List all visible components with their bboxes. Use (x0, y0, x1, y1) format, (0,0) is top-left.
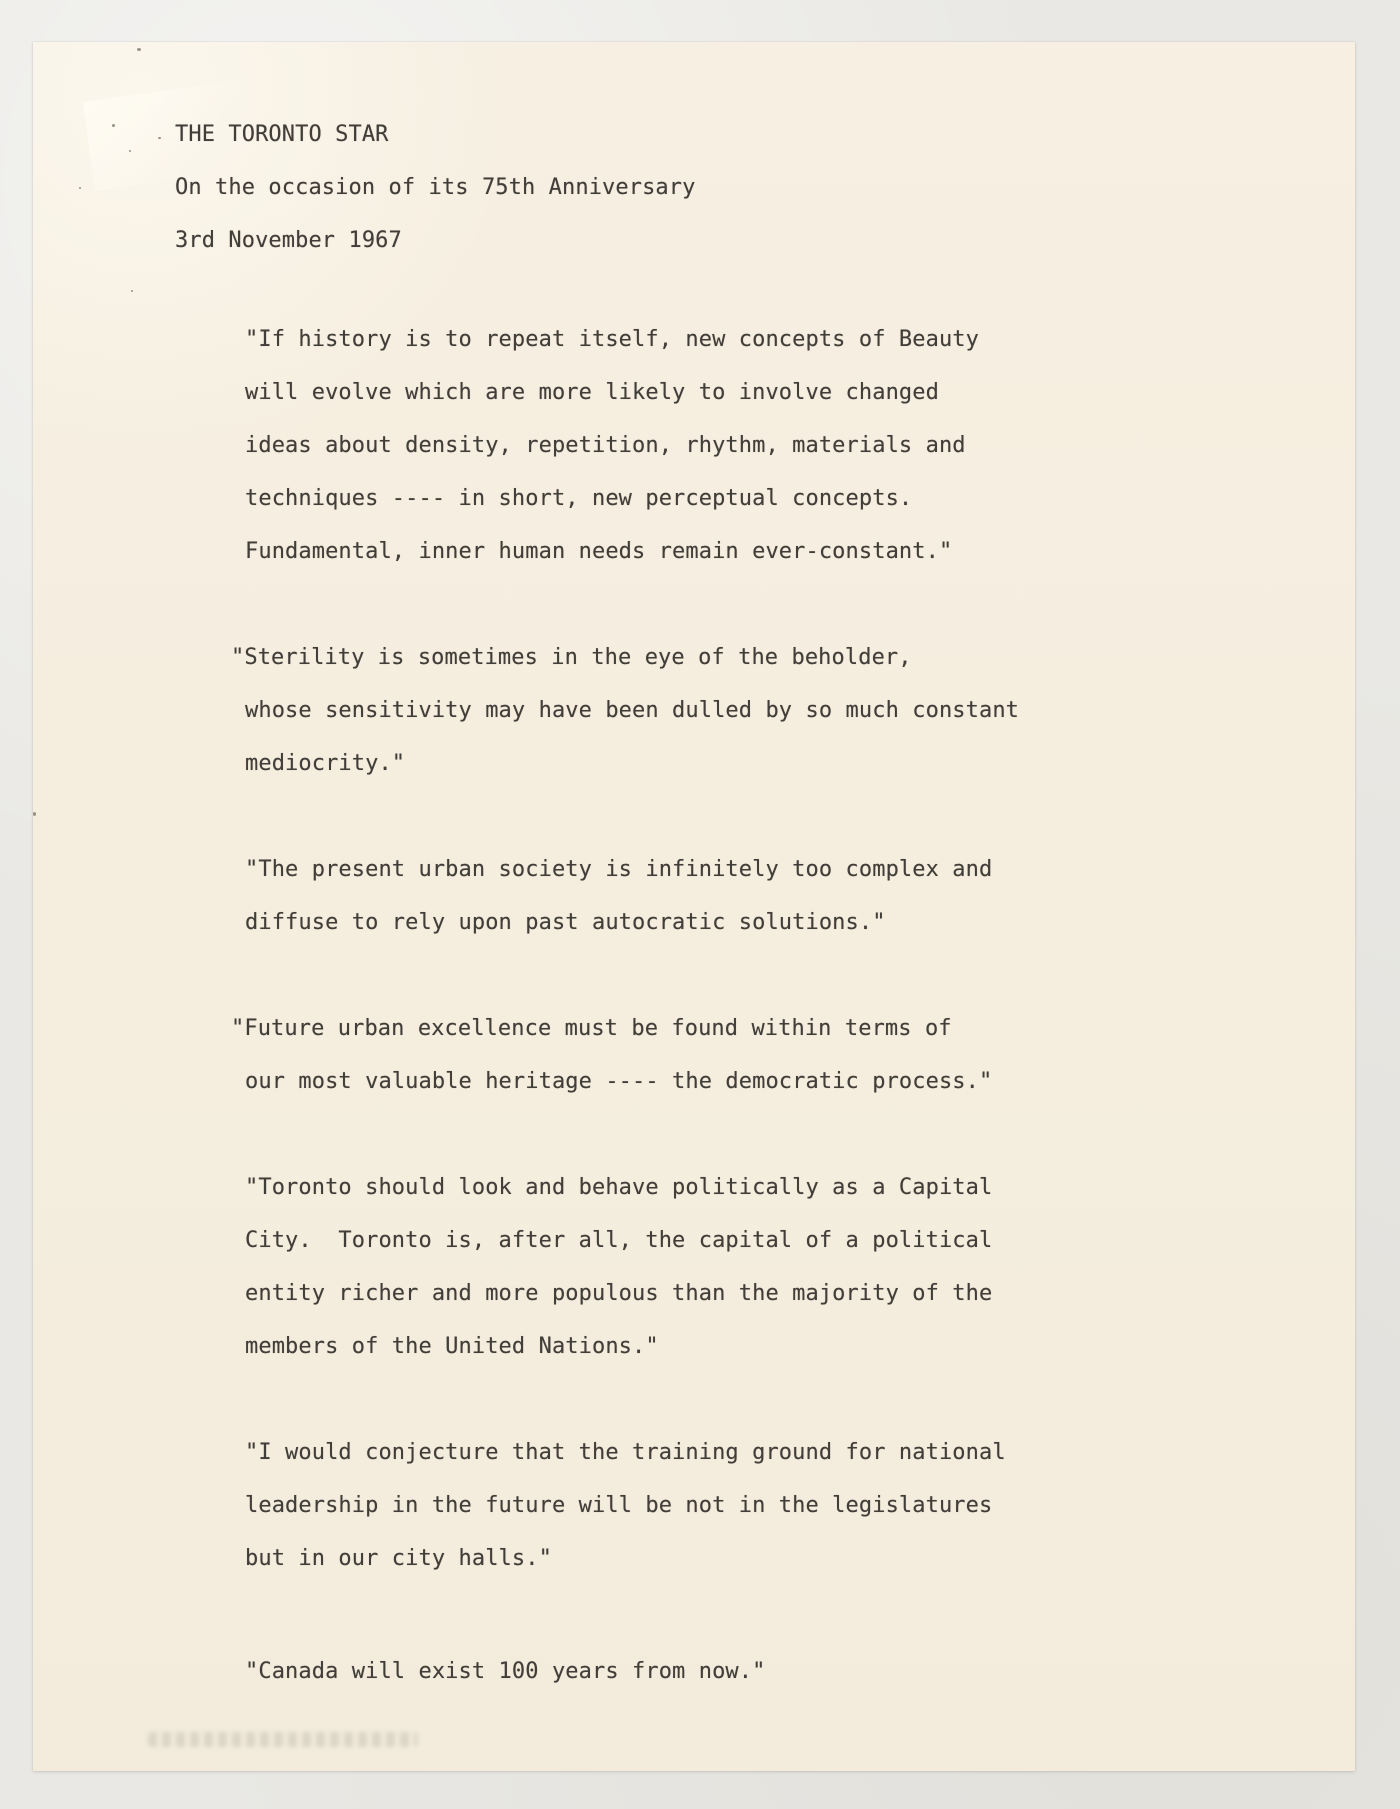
quote-line: "Sterility is sometimes in the eye of th… (231, 631, 1315, 684)
paper-speck (129, 150, 131, 152)
quote-line: will evolve which are more likely to inv… (245, 366, 1315, 419)
scanned-typewritten-page: THE TORONTO STAR On the occasion of its … (33, 42, 1355, 1771)
quote-paragraph-7: "Canada will exist 100 years from now." (245, 1645, 1315, 1698)
quote-line: but in our city halls." (245, 1532, 1315, 1585)
quote-line: "Toronto should look and behave politica… (245, 1161, 1315, 1214)
quote-line: "If history is to repeat itself, new con… (245, 313, 1315, 366)
quote-paragraph-5: "Toronto should look and behave politica… (245, 1161, 1315, 1373)
quote-line: whose sensitivity may have been dulled b… (245, 684, 1315, 737)
quote-paragraph-3: "The present urban society is infinitely… (245, 843, 1315, 949)
paper-speck (112, 124, 115, 127)
paper-speck (158, 137, 161, 139)
bleed-through-mark (148, 1732, 418, 1747)
quote-line: mediocrity." (245, 737, 1315, 790)
quote-paragraph-1: "If history is to repeat itself, new con… (245, 313, 1315, 578)
document-header: THE TORONTO STAR On the occasion of its … (175, 108, 1315, 267)
quote-line: members of the United Nations." (245, 1320, 1315, 1373)
quote-paragraph-6: "I would conjecture that the training gr… (245, 1426, 1315, 1585)
quote-line: "Canada will exist 100 years from now." (245, 1645, 1315, 1698)
quote-line: "Future urban excellence must be found w… (231, 1002, 1315, 1055)
header-date: 3rd November 1967 (175, 214, 1315, 267)
header-title: THE TORONTO STAR (175, 108, 1315, 161)
quote-line: "I would conjecture that the training gr… (245, 1426, 1315, 1479)
quote-line: City. Toronto is, after all, the capital… (245, 1214, 1315, 1267)
quote-line: techniques ---- in short, new perceptual… (245, 472, 1315, 525)
quote-line: Fundamental, inner human needs remain ev… (245, 525, 1315, 578)
typewritten-content: THE TORONTO STAR On the occasion of its … (175, 108, 1315, 1698)
quote-line: diffuse to rely upon past autocratic sol… (245, 896, 1315, 949)
quote-paragraph-4: "Future urban excellence must be found w… (245, 1002, 1315, 1108)
quote-paragraph-2: "Sterility is sometimes in the eye of th… (245, 631, 1315, 790)
paper-speck (137, 48, 141, 51)
quote-line: "The present urban society is infinitely… (245, 843, 1315, 896)
header-occasion: On the occasion of its 75th Anniversary (175, 161, 1315, 214)
paper-speck (33, 812, 36, 816)
quote-line: ideas about density, repetition, rhythm,… (245, 419, 1315, 472)
paper-speck (131, 290, 133, 292)
quote-line: entity richer and more populous than the… (245, 1267, 1315, 1320)
quote-line: leadership in the future will be not in … (245, 1479, 1315, 1532)
paper-speck (79, 187, 81, 189)
quote-line: our most valuable heritage ---- the demo… (245, 1055, 1315, 1108)
